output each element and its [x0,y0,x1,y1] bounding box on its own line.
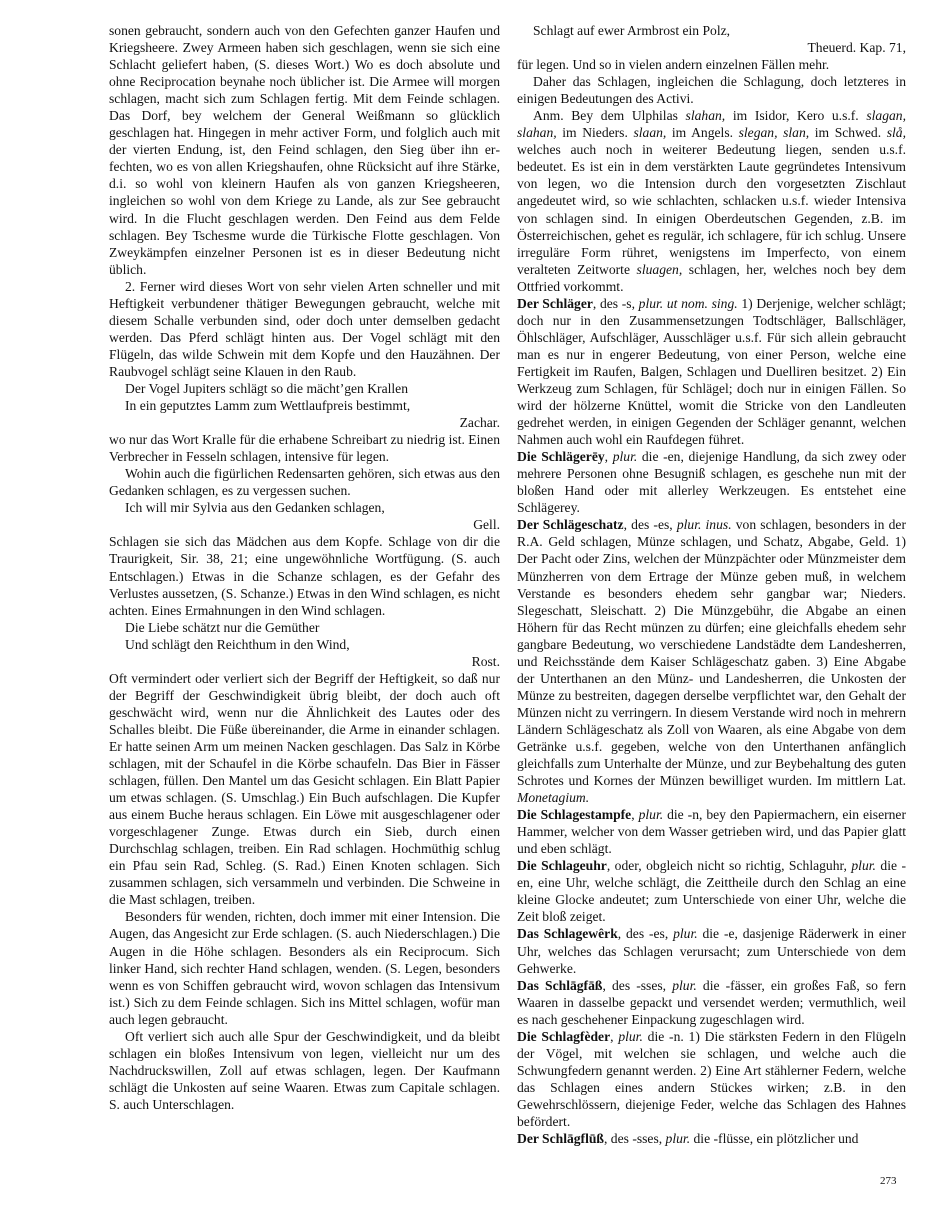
headword: Der Schlägeschatz [517,517,624,532]
latin-term: Monetagium. [517,790,589,805]
dictionary-entry-schlaeger: Der Schläger, des -s, plur. ut nom. sing… [517,295,906,448]
dictionary-entry-schlaegeschatz: Der Schlägeschatz, des -es, plur. inus. … [517,516,906,806]
text: , des -sses, [604,1131,666,1146]
text: , [605,449,613,464]
quote-attribution: Gell. [109,516,500,533]
quote-attribution: Zachar. [109,414,500,431]
page-number: 273 [880,1175,897,1187]
paragraph: Oft vermindert oder verliert sich der Be… [109,670,500,909]
headword: Der Schläger [517,296,593,311]
headword: Die Schlagfèder [517,1029,610,1044]
grammar-note: plur. [851,858,876,873]
paragraph: Schlagen sie sich das Mädchen aus dem Ko… [109,533,500,618]
verse-line: Ich will mir Sylvia aus den Gedanken sch… [109,499,500,516]
low-german-form: slaan, [633,125,666,140]
grammar-note: plur. inus. [677,517,732,532]
headword: Die Schlagestampfe [517,807,631,822]
paragraph: Wohin auch die figürlichen Redensarten g… [109,465,500,499]
verse-line: In ein geputztes Lamm zum Wettlaufpreis … [109,397,500,414]
right-column: Schlagt auf ewer Armbrost ein Polz, Theu… [517,22,906,1147]
gothic-form: slahan, [686,108,726,123]
paragraph: Besonders für wenden, richten, doch imme… [109,908,500,1027]
definition: von schlagen, besonders in der R.A. Geld… [517,517,906,788]
grammar-note: plur. [666,1131,691,1146]
grammar-note: plur. [618,1029,643,1044]
grammar-note: plur. [613,449,638,464]
verse-line: Schlagt auf ewer Armbrost ein Polz, [517,22,906,39]
text: im Isidor, Kero u.s.f. [725,108,866,123]
grammar-note: plur. [639,807,664,822]
paragraph: 2. Ferner wird dieses Wort von sehr viel… [109,278,500,380]
grammar-note: plur. ut nom. sing. [639,296,738,311]
text: , oder, obgleich nicht so richtig, Schla… [607,858,852,873]
dictionary-entry-schlagfeder: Die Schlagfèder, plur. die -n. 1) Die st… [517,1028,906,1130]
grammar-note: plur. [672,978,697,993]
definition: die -flüsse, ein plötzlicher und [690,1131,858,1146]
text: im Schwed. [809,125,887,140]
text: im Nieders. [557,125,634,140]
text: im Angels. [666,125,738,140]
dictionary-entry-schlaegerey: Die Schlägerēy, plur. die -en, diejenige… [517,448,906,516]
grammar-note: plur. [673,926,698,941]
dictionary-entry-schlagewerk: Das Schlagewêrk, des -es, plur. die -e, … [517,925,906,976]
etymology-note: Anm. Bey dem Ulphilas slahan, im Isidor,… [517,107,906,295]
dictionary-entry-schlageuhr: Die Schlageuhr, oder, obgleich nicht so … [517,857,906,925]
paragraph: Oft verliert sich auch alle Spur der Ges… [109,1028,500,1113]
paragraph: Daher das Schlagen, ingleichen die Schla… [517,73,906,107]
swedish-form: slå, [887,125,906,140]
verse-line: Die Liebe schätzt nur die Gemüther [109,619,500,636]
verse-line: Der Vogel Jupiters schlägt so die mächt’… [109,380,500,397]
headword: Das Schlagewêrk [517,926,618,941]
verse-line: Und schlägt den Reichthum in den Wind, [109,636,500,653]
paragraph: sonen gebraucht, sondern auch von den Ge… [109,22,500,278]
text: Anm. Bey dem Ulphilas [533,108,686,123]
left-column: sonen gebraucht, sondern auch von den Ge… [109,22,500,1113]
dictionary-entry-schlagfass: Das Schlāgfāß, des -sses, plur. die -fäs… [517,977,906,1028]
anglo-saxon-form: slegan, slan, [739,125,810,140]
paragraph: für legen. Und so in vielen andern einze… [517,56,906,73]
headword: Das Schlāgfāß [517,978,602,993]
text: , [631,807,638,822]
text: , des -s, [593,296,639,311]
text: , des -es, [618,926,673,941]
definition: 1) Derjenige, welcher schlägt; doch nur … [517,296,906,447]
text: welches auch noch in weiterer Bedeutung … [517,142,906,276]
headword: Die Schlageuhr [517,858,607,873]
paragraph: wo nur das Wort Kralle für die erhabene … [109,431,500,465]
text: , des -sses, [602,978,672,993]
headword: Der Schlāgflūß [517,1131,604,1146]
old-verb-form: sluagen, [637,262,683,277]
headword: Die Schlägerēy [517,449,605,464]
text: , des -es, [624,517,677,532]
quote-attribution: Rost. [109,653,500,670]
dictionary-entry-schlagfluss: Der Schlāgflūß, des -sses, plur. die -fl… [517,1130,906,1147]
dictionary-entry-schlagestampfe: Die Schlagestampfe, plur. die -n, bey de… [517,806,906,857]
quote-attribution: Theuerd. Kap. 71, [517,39,906,56]
